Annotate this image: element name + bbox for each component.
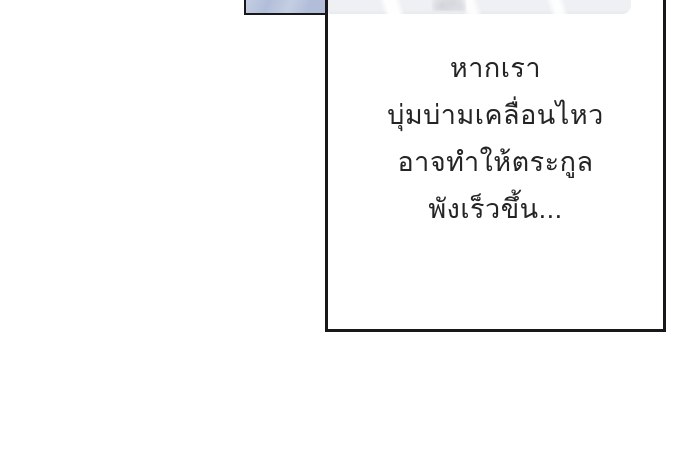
dialogue-panel: หากเรา บุ่มบ่ามเคลื่อนไหว อาจทำให้ตระกูล…	[325, 0, 666, 332]
dialogue-line-2: บุ่มบ่ามเคลื่อนไหว	[328, 92, 663, 139]
dialogue-text-block: หากเรา บุ่มบ่ามเคลื่อนไหว อาจทำให้ตระกูล…	[328, 0, 663, 233]
dialogue-line-4: พังเร็วขึ้น...	[328, 186, 663, 233]
dialogue-line-1: หากเรา	[328, 45, 663, 92]
comic-page: หากเรา บุ่มบ่ามเคลื่อนไหว อาจทำให้ตระกูล…	[0, 0, 690, 466]
dialogue-line-3: อาจทำให้ตระกูล	[328, 139, 663, 186]
partial-panel-top-left	[244, 0, 327, 15]
